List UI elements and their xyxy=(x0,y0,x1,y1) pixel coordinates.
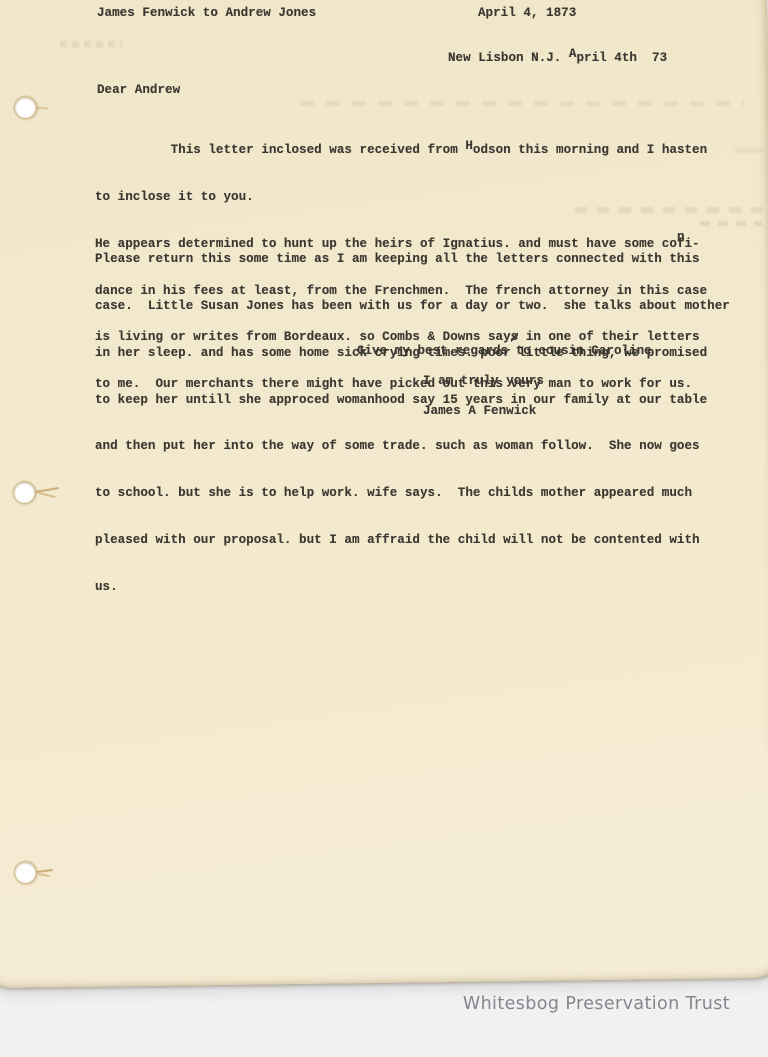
archivist-date: April 4, 1873 xyxy=(478,6,576,22)
superscript-letter: H xyxy=(465,139,473,153)
dateline-text: pril 4th 73 xyxy=(576,51,667,65)
dateline-text: New Lisbon N.J. xyxy=(448,51,569,65)
letter-line: case. Little Susan Jones has been with u… xyxy=(95,299,730,315)
archivist-caption: James Fenwick to Andrew Jones xyxy=(97,6,316,22)
letter-line: to keep her untill she approced womanhoo… xyxy=(95,393,730,409)
letter-line: us. xyxy=(95,580,730,596)
line-text: This letter inclosed was received from xyxy=(95,143,465,157)
letter-line: to school. but she is to help work. wife… xyxy=(95,486,730,502)
archive-credit: Whitesbog Preservation Trust xyxy=(463,994,730,1014)
salutation: Dear Andrew xyxy=(97,83,180,99)
valediction-line: I am truly yours xyxy=(423,374,544,390)
letter-line: This letter inclosed was received from H… xyxy=(95,143,707,159)
signature-line: James A Fenwick xyxy=(423,404,536,420)
regards-line: Give my best regards to cousin Caroline xyxy=(357,344,652,360)
letter-line: pleased with our proposal. but I am affr… xyxy=(95,533,730,549)
letter-line: and then put her into the way of some tr… xyxy=(95,439,730,455)
line-text: odson this morning and I hasten xyxy=(473,143,707,157)
letter-line: to inclose it to you. xyxy=(95,190,707,206)
letter-content: James Fenwick to Andrew Jones April 4, 1… xyxy=(0,0,768,1057)
letter-line: Please return this some time as I am kee… xyxy=(95,252,730,268)
scanned-letter-page: James Fenwick to Andrew Jones April 4, 1… xyxy=(0,0,768,1057)
letter-dateline: New Lisbon N.J. April 4th 73 xyxy=(448,51,667,67)
paragraph-2: Please return this some time as I am kee… xyxy=(95,221,730,626)
superscript-letter: A xyxy=(569,47,577,61)
